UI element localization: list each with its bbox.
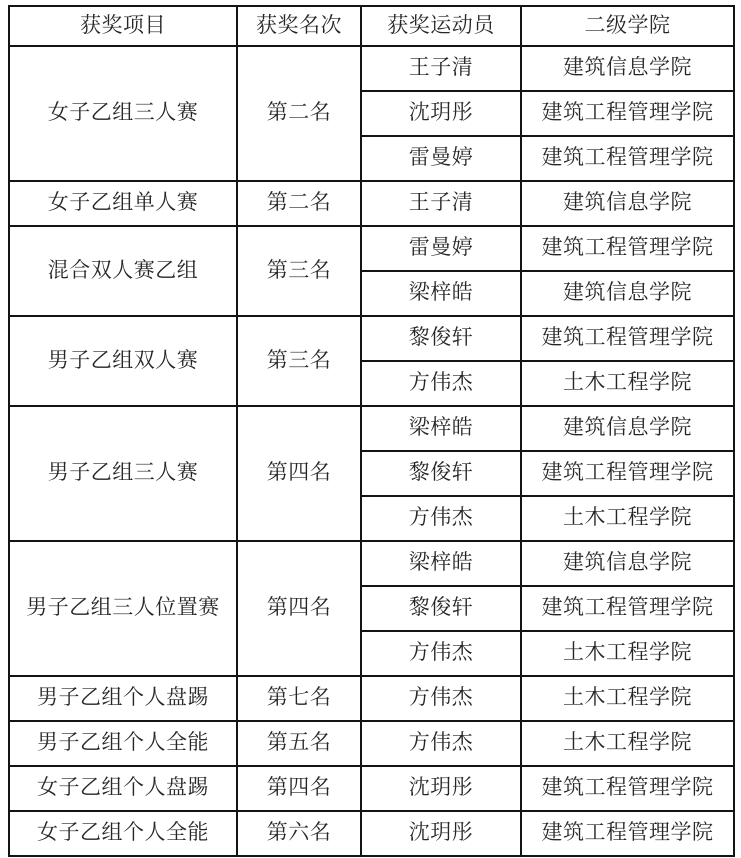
college-cell: 建筑工程管理学院 [521,811,734,856]
table-row: 女子乙组单人赛第二名王子清建筑信息学院 [9,181,734,226]
column-header-0: 获奖项目 [9,6,237,46]
event-cell: 男子乙组双人赛 [9,316,237,406]
athlete-cell: 黎俊轩 [361,316,521,361]
college-cell: 土木工程学院 [521,676,734,721]
table-row: 女子乙组个人全能第六名沈玥彤建筑工程管理学院 [9,811,734,856]
college-cell: 建筑工程管理学院 [521,766,734,811]
athlete-cell: 沈玥彤 [361,766,521,811]
column-header-1: 获奖名次 [237,6,361,46]
event-cell: 混合双人赛乙组 [9,226,237,316]
award-results-table: 获奖项目获奖名次获奖运动员二级学院 女子乙组三人赛第二名王子清建筑信息学院沈玥彤… [8,5,735,857]
athlete-cell: 王子清 [361,181,521,226]
rank-cell: 第三名 [237,316,361,406]
athlete-cell: 方伟杰 [361,631,521,676]
athlete-cell: 方伟杰 [361,721,521,766]
athlete-cell: 沈玥彤 [361,811,521,856]
rank-cell: 第四名 [237,406,361,541]
table-row: 男子乙组双人赛第三名黎俊轩建筑工程管理学院 [9,316,734,361]
athlete-cell: 沈玥彤 [361,91,521,136]
event-cell: 男子乙组个人全能 [9,721,237,766]
college-cell: 建筑信息学院 [521,46,734,91]
event-cell: 女子乙组单人赛 [9,181,237,226]
rank-cell: 第五名 [237,721,361,766]
award-results-page: 获奖项目获奖名次获奖运动员二级学院 女子乙组三人赛第二名王子清建筑信息学院沈玥彤… [0,0,741,858]
athlete-cell: 雷曼婷 [361,226,521,271]
college-cell: 建筑工程管理学院 [521,316,734,361]
rank-cell: 第四名 [237,766,361,811]
college-cell: 建筑信息学院 [521,181,734,226]
athlete-cell: 梁梓皓 [361,271,521,316]
rank-cell: 第四名 [237,541,361,676]
athlete-cell: 黎俊轩 [361,451,521,496]
athlete-cell: 方伟杰 [361,361,521,406]
college-cell: 土木工程学院 [521,496,734,541]
rank-cell: 第六名 [237,811,361,856]
table-row: 男子乙组个人盘踢第七名方伟杰土木工程学院 [9,676,734,721]
table-row: 女子乙组三人赛第二名王子清建筑信息学院 [9,46,734,91]
college-cell: 建筑信息学院 [521,271,734,316]
table-row: 男子乙组个人全能第五名方伟杰土木工程学院 [9,721,734,766]
event-cell: 男子乙组个人盘踢 [9,676,237,721]
event-cell: 女子乙组个人全能 [9,811,237,856]
athlete-cell: 黎俊轩 [361,586,521,631]
table-row: 混合双人赛乙组第三名雷曼婷建筑工程管理学院 [9,226,734,271]
college-cell: 土木工程学院 [521,721,734,766]
college-cell: 建筑工程管理学院 [521,226,734,271]
event-cell: 女子乙组个人盘踢 [9,766,237,811]
college-cell: 土木工程学院 [521,361,734,406]
column-header-2: 获奖运动员 [361,6,521,46]
table-row: 男子乙组三人位置赛第四名梁梓皓建筑信息学院 [9,541,734,586]
college-cell: 建筑工程管理学院 [521,91,734,136]
college-cell: 土木工程学院 [521,631,734,676]
column-header-3: 二级学院 [521,6,734,46]
college-cell: 建筑工程管理学院 [521,451,734,496]
athlete-cell: 王子清 [361,46,521,91]
college-cell: 建筑工程管理学院 [521,586,734,631]
rank-cell: 第七名 [237,676,361,721]
table-row: 女子乙组个人盘踢第四名沈玥彤建筑工程管理学院 [9,766,734,811]
event-cell: 男子乙组三人赛 [9,406,237,541]
college-cell: 建筑工程管理学院 [521,136,734,181]
athlete-cell: 梁梓皓 [361,406,521,451]
table-row: 男子乙组三人赛第四名梁梓皓建筑信息学院 [9,406,734,451]
athlete-cell: 梁梓皓 [361,541,521,586]
event-cell: 男子乙组三人位置赛 [9,541,237,676]
rank-cell: 第二名 [237,46,361,181]
college-cell: 建筑信息学院 [521,541,734,586]
event-cell: 女子乙组三人赛 [9,46,237,181]
athlete-cell: 雷曼婷 [361,136,521,181]
athlete-cell: 方伟杰 [361,676,521,721]
rank-cell: 第三名 [237,226,361,316]
table-header-row: 获奖项目获奖名次获奖运动员二级学院 [9,6,734,46]
rank-cell: 第二名 [237,181,361,226]
college-cell: 建筑信息学院 [521,406,734,451]
athlete-cell: 方伟杰 [361,496,521,541]
